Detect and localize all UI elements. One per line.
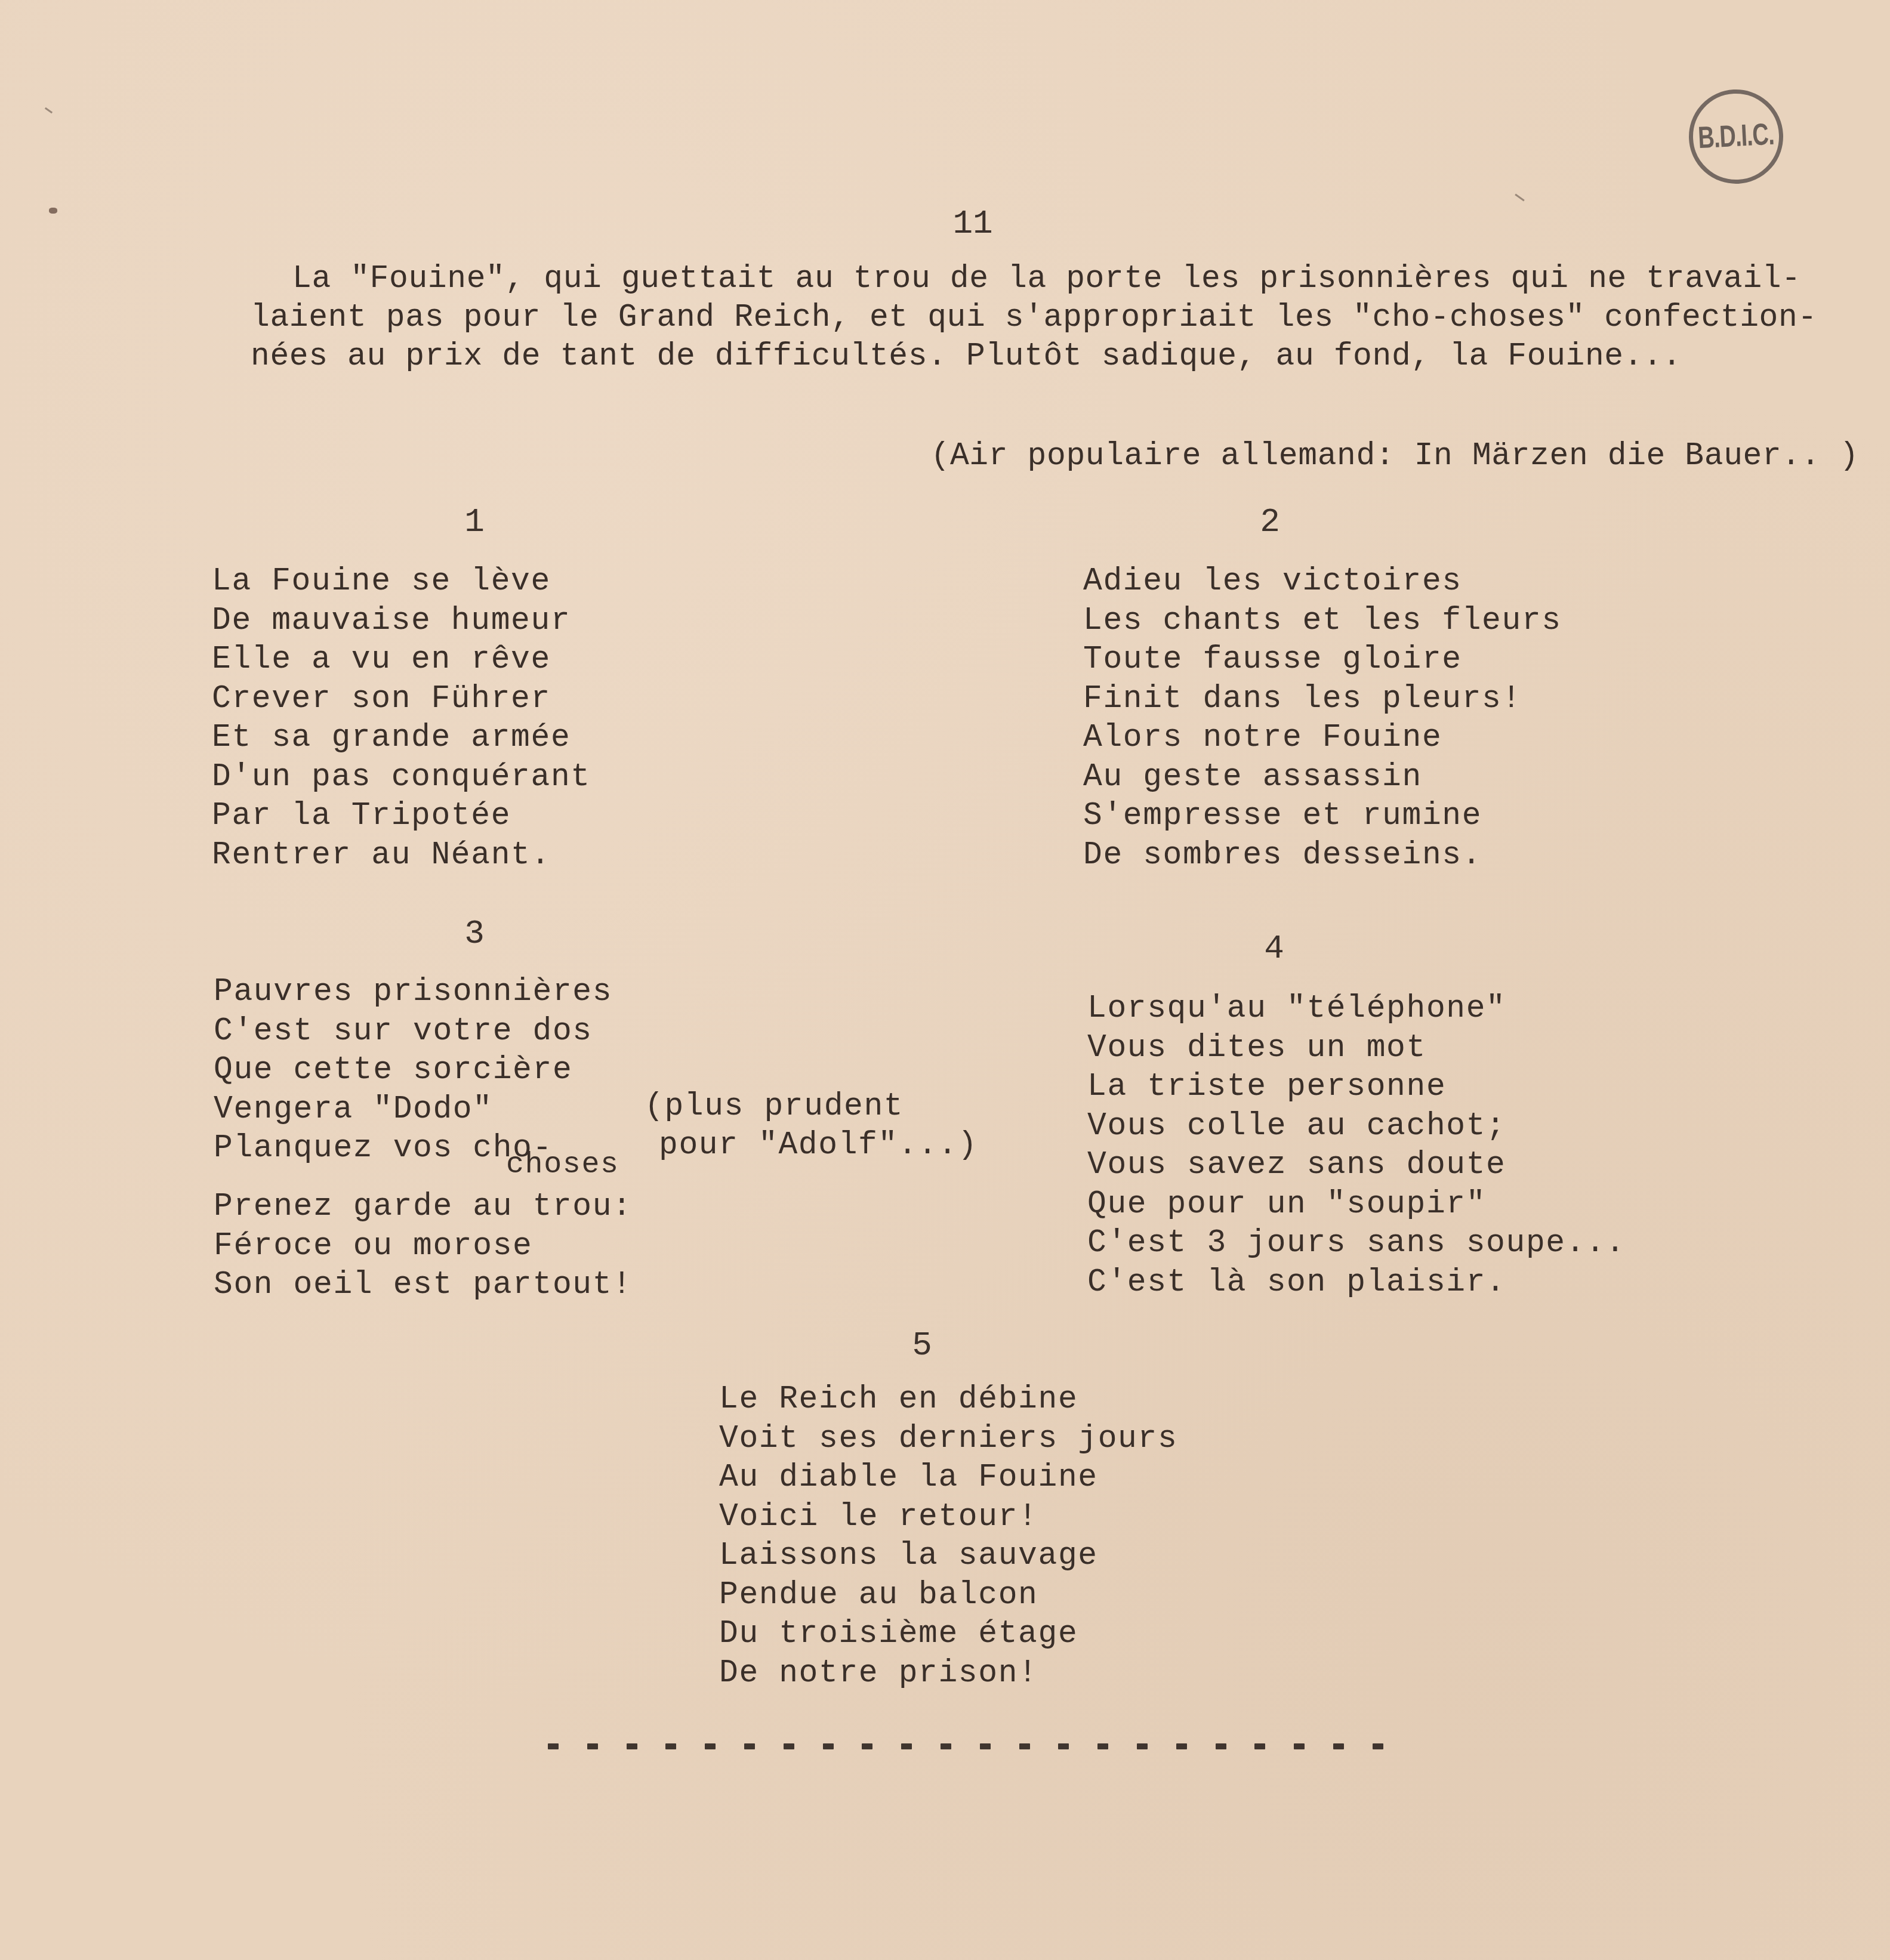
verse-line: Prenez garde au trou:	[214, 1187, 633, 1227]
verse-line: La Fouine se lève	[212, 562, 591, 601]
separator-dash	[1333, 1743, 1344, 1749]
verse-line: Son oeil est partout!	[214, 1265, 633, 1305]
stanza-number: 1	[464, 504, 485, 540]
separator-dash	[1058, 1743, 1069, 1749]
verse-line: Féroce ou morose	[214, 1227, 633, 1266]
separator-dash	[744, 1743, 755, 1749]
stamp-label: B.D.I.C.	[1697, 118, 1775, 156]
verse-line: Crever son Führer	[212, 680, 591, 719]
stanza-number: 4	[1264, 931, 1284, 967]
verse-line: De mauvaise humeur	[212, 601, 591, 641]
verse-line: Du troisième étage	[719, 1615, 1177, 1654]
verse-line: Vous colle au cachot;	[1087, 1107, 1626, 1146]
bdic-stamp: B.D.I.C.	[1686, 87, 1786, 186]
separator-dash	[980, 1743, 991, 1749]
verse-line: De sombres desseins.	[1083, 836, 1562, 875]
verse-line: Vengera "Dodo"	[214, 1090, 633, 1129]
separator-dash	[1097, 1743, 1108, 1749]
stanza-1: La Fouine se lève De mauvaise humeur Ell…	[212, 562, 591, 875]
verse-line: Adieu les victoires	[1083, 562, 1562, 601]
verse-line: C'est 3 jours sans soupe...	[1087, 1224, 1626, 1263]
stanza-3: Pauvres prisonnières C'est sur votre dos…	[214, 973, 633, 1305]
verse-line: Par la Tripotée	[212, 797, 591, 836]
separator-dash	[1254, 1743, 1265, 1749]
dashed-separator	[548, 1743, 1383, 1749]
verse-line: Rentrer au Néant.	[212, 836, 591, 875]
verse-line: Le Reich en débine	[719, 1380, 1177, 1419]
separator-dash	[587, 1743, 598, 1749]
stanza-number: 5	[912, 1328, 932, 1363]
verse-line: Les chants et les fleurs	[1083, 601, 1562, 641]
separator-dash	[823, 1743, 834, 1749]
separator-dash	[1294, 1743, 1305, 1749]
separator-dash	[665, 1743, 676, 1749]
verse-line: De notre prison!	[719, 1654, 1177, 1693]
page-number: 11	[952, 206, 992, 242]
verse-line: Elle a vu en rêve	[212, 640, 591, 680]
intro-line: La "Fouine", qui guettait au trou de la …	[251, 260, 1826, 298]
verse-line: Pendue au balcon	[719, 1576, 1177, 1615]
verse-line-head: Planquez vos cho-	[214, 1130, 553, 1166]
verse-line: Laissons la sauvage	[719, 1536, 1177, 1576]
separator-dash	[941, 1743, 951, 1749]
separator-dash	[1176, 1743, 1187, 1749]
verse-line: C'est sur votre dos	[214, 1012, 633, 1051]
verse-line: Lorsqu'au "téléphone"	[1087, 989, 1626, 1029]
verse-line: Au geste assassin	[1083, 758, 1562, 797]
separator-dash	[1137, 1743, 1148, 1749]
aside-line: pour "Adolf"...)	[645, 1126, 978, 1165]
verse-line: D'un pas conquérant	[212, 758, 591, 797]
verse-line: Que cette sorcière	[214, 1051, 633, 1090]
stanza-4: Lorsqu'au "téléphone" Vous dites un mot …	[1087, 989, 1626, 1302]
verse-line: Que pour un "soupir"	[1087, 1185, 1626, 1224]
verse-line: C'est là son plaisir.	[1087, 1263, 1626, 1302]
verse-line: Vous savez sans doute	[1087, 1146, 1626, 1185]
intro-line: nées au prix de tant de difficultés. Plu…	[251, 337, 1826, 376]
paper-speck	[49, 208, 57, 214]
paper-mark	[45, 107, 53, 113]
aside-line: (plus prudent	[645, 1087, 978, 1126]
tune-note: (Air populaire allemand: In Märzen die B…	[931, 437, 1859, 476]
verse-line: Voit ses derniers jours	[719, 1419, 1177, 1459]
verse-line: Finit dans les pleurs!	[1083, 680, 1562, 719]
stanza-number: 3	[464, 916, 485, 952]
separator-dash	[862, 1743, 872, 1749]
stanza-2: Adieu les victoires Les chants et les fl…	[1083, 562, 1562, 875]
separator-dash	[784, 1743, 794, 1749]
verse-line: S'empresse et rumine	[1083, 797, 1562, 836]
stanza-3-aside: (plus prudent pour "Adolf"...)	[645, 1087, 978, 1165]
verse-line: Toute fausse gloire	[1083, 640, 1562, 680]
verse-line: Pauvres prisonnières	[214, 973, 633, 1012]
separator-dash	[1373, 1743, 1383, 1749]
stanza-number: 2	[1260, 504, 1280, 540]
verse-line: Alors notre Fouine	[1083, 718, 1562, 758]
intro-paragraph: La "Fouine", qui guettait au trou de la …	[251, 260, 1826, 376]
verse-line: La triste personne	[1087, 1067, 1626, 1107]
separator-dash	[705, 1743, 716, 1749]
verse-line: Vous dites un mot	[1087, 1029, 1626, 1068]
separator-dash	[901, 1743, 912, 1749]
separator-dash	[627, 1743, 637, 1749]
verse-line: Au diable la Fouine	[719, 1458, 1177, 1498]
verse-line-tail: choses	[506, 1146, 619, 1185]
intro-line: laient pas pour le Grand Reich, et qui s…	[251, 298, 1826, 337]
stanza-5: Le Reich en débine Voit ses derniers jou…	[719, 1380, 1177, 1693]
separator-dash	[1019, 1743, 1030, 1749]
separator-dash	[1216, 1743, 1226, 1749]
separator-dash	[548, 1743, 559, 1749]
verse-line: Et sa grande armée	[212, 718, 591, 758]
verse-line: Voici le retour!	[719, 1498, 1177, 1537]
paper-mark	[1515, 194, 1524, 202]
verse-line-split: Planquez vos cho-choses	[214, 1129, 633, 1187]
